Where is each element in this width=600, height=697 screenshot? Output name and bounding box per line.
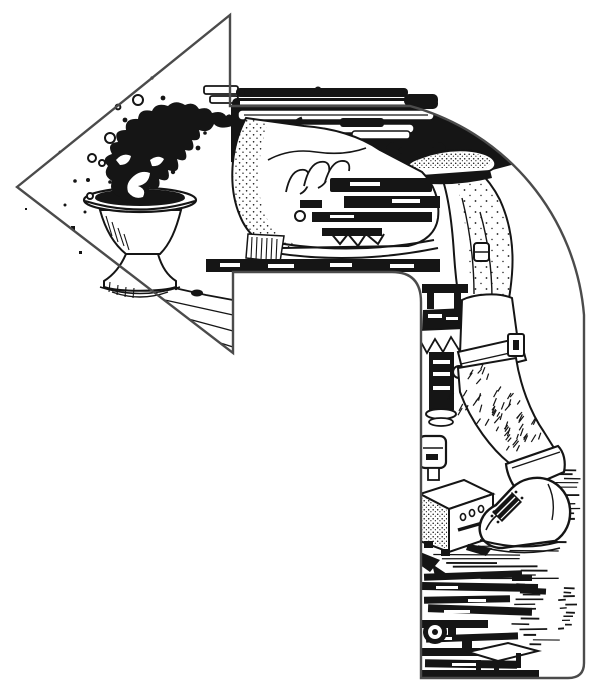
turn-arrow-illustration: [0, 0, 600, 697]
illustration-page: [0, 0, 600, 697]
